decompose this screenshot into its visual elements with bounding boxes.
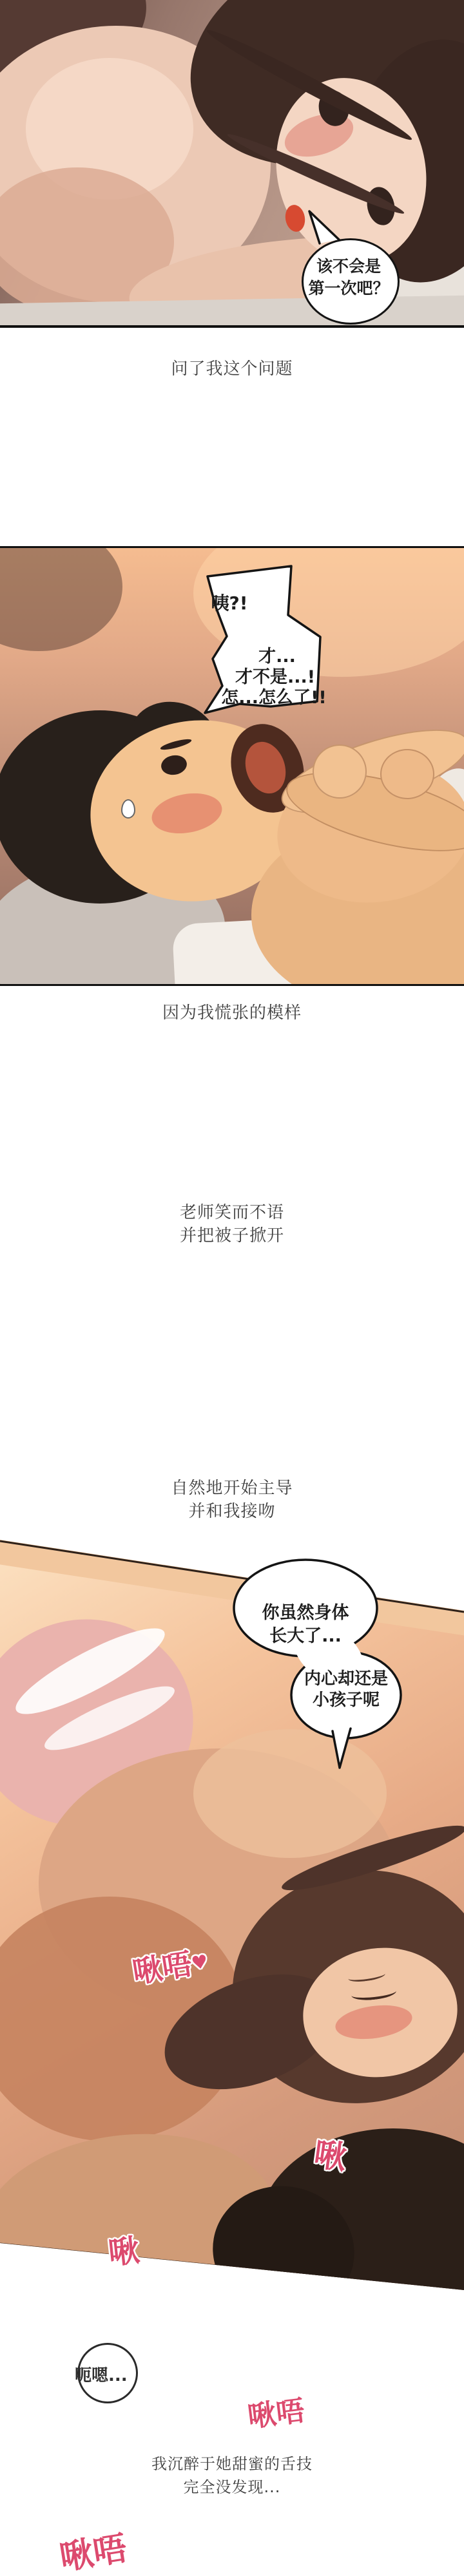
panel-1: 该不会是 第一次吧？ bbox=[0, 0, 464, 328]
sfx-kiss-4: 啾唔 bbox=[245, 2387, 306, 2435]
sweat-drop bbox=[121, 799, 135, 819]
bubble3b-text-line2: 小孩子呢 bbox=[291, 1687, 401, 1710]
narration-1: 问了我这个问题 bbox=[0, 355, 464, 379]
narration-3-line2: 并把被子掀开 bbox=[0, 1222, 464, 1246]
narration-5-line2: 完全没发现... bbox=[0, 2474, 464, 2497]
bubble4-text: 呃嗯... bbox=[75, 2362, 128, 2386]
sfx-kiss-2: 啾 bbox=[311, 2128, 350, 2179]
narration-2: 因为我慌张的模样 bbox=[0, 999, 464, 1023]
bubble3a-text-line2: 长大了... bbox=[234, 1622, 377, 1647]
narration-5-line1: 我沉醉于她甜蜜的舌技 bbox=[0, 2451, 464, 2474]
panel-2: 咦?! 才... 才不是...! 怎...怎么了!! bbox=[0, 546, 464, 986]
panel2-dark-corner bbox=[0, 546, 122, 651]
bubble3a-text-line1: 你虽然身体 bbox=[234, 1598, 377, 1624]
bubble2-text-line1: 咦?! bbox=[204, 589, 255, 615]
bubble1-text-line2: 第一次吧？ bbox=[302, 276, 396, 299]
bubble3b-text-line1: 内心却还是 bbox=[291, 1665, 401, 1689]
boy-fist-2 bbox=[380, 749, 434, 799]
sfx-kiss-3: 啾 bbox=[106, 2226, 142, 2273]
narration-4-line1: 自然地开始主导 bbox=[0, 1475, 464, 1499]
narration-3-line1: 老师笑而不语 bbox=[0, 1199, 464, 1223]
narration-4-line2: 并和我接吻 bbox=[0, 1498, 464, 1522]
bubble2-text-line4: 怎...怎么了!! bbox=[219, 683, 329, 708]
bubble1-text-line1: 该不会是 bbox=[302, 254, 396, 277]
sfx-kiss-5: 啾唔 bbox=[56, 2521, 130, 2576]
comic-page: 该不会是 第一次吧？ 问了我这个问题 咦?! 才... 才不是...! 怎...… bbox=[0, 0, 464, 2576]
heart-icon: ♥ bbox=[190, 1951, 209, 1975]
speech-bubble-3 bbox=[226, 1552, 412, 1774]
